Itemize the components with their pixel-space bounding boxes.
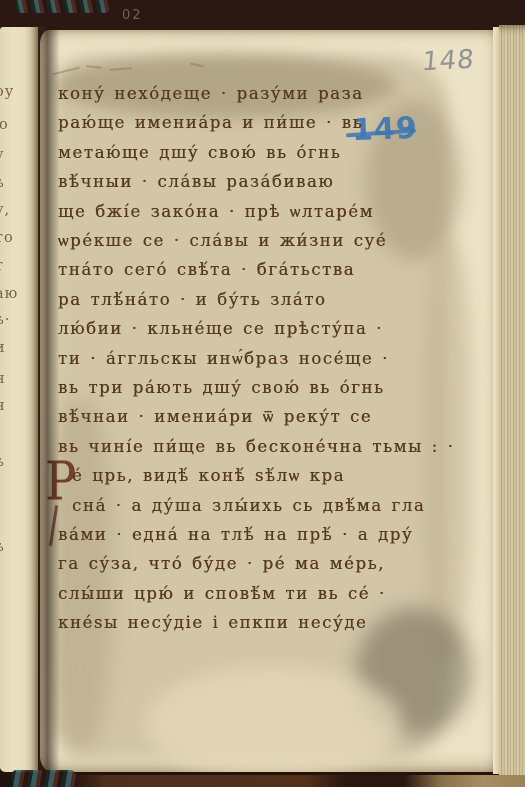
facing-text-fragment: ѣ: [0, 454, 17, 470]
facing-text-fragment: ѣ·: [0, 312, 17, 328]
facing-text-fragment: н: [0, 398, 17, 414]
facing-text-fragment: и: [0, 340, 17, 356]
manuscript-line: сна́ · а ду́ша злы́ихь сь двѣ́ма гла: [72, 496, 425, 515]
manuscript-line: ще бжі́е зако́на · прѣ ѡлтаре́м: [58, 202, 374, 222]
book-board-bottom: [0, 775, 525, 787]
faint-pen-scribble: [110, 67, 132, 71]
manuscript-line: вь три ра́ють дшу́ свою́ вь о́гнь: [58, 378, 385, 397]
faint-pen-scribble: [52, 67, 80, 76]
facing-text-fragment: н: [0, 371, 17, 387]
facing-text-fragment: то: [0, 230, 17, 246]
manuscript-line: вѣ́чныи · сла́вы раза́биваю: [58, 172, 334, 191]
manuscript-line: ти · а́ггльскы инѡ́браз носе́ще ·: [58, 349, 389, 369]
page-edge-highlight: [493, 27, 499, 774]
facing-text-fragment: ю: [0, 117, 17, 133]
manuscript-photo: оу ю у ѣ у, то т аю ѣ· и н н · ѣ , ѣ 148…: [0, 0, 525, 787]
manuscript-line: вь чині́е пи́ще вь бесконе́чна тьмы : ·: [58, 437, 454, 456]
manuscript-line: га су́за, что́ бу́де · ре́ ма ме́рь,: [58, 554, 385, 573]
manuscript-line: ѡре́кше се · сла́вы и жи́зни суе́: [58, 231, 387, 251]
manuscript-line: е́ црь, видѣ́ конѣ́ ѕѣ́лѡ кра: [72, 466, 345, 486]
manuscript-line: кне́ѕы несу́діе і епкпи несу́де: [58, 613, 367, 632]
faint-pencil-mark: 02: [122, 8, 143, 23]
facing-text-fragment: у: [0, 147, 17, 163]
manuscript-line: раю́ще имениа́ра и пи́ше · вь: [58, 113, 363, 132]
facing-text-fragment: ѣ: [0, 175, 17, 191]
parchment-stain: [356, 608, 472, 736]
spine-headband: [16, 0, 110, 13]
facing-text-fragment: у,: [0, 202, 17, 218]
facing-text-fragment: оу: [0, 84, 17, 100]
facing-text-fragment: т: [0, 258, 17, 274]
pencil-folio-number: 148: [421, 45, 476, 78]
manuscript-line: метаю́ще дшу́ свою́ вь о́гнь: [58, 143, 341, 162]
parchment-stain: [146, 666, 402, 772]
spine-tailband: [12, 770, 76, 787]
manuscript-line: вѣ́чнаи · имениа́ри ѿ реку́т се: [58, 407, 372, 427]
manuscript-line: слы́ши црю́ и сповѣ́м ти вь се́ ·: [58, 584, 386, 603]
manuscript-line: ва́ми · една́ на тлѣ́ на прѣ́ · а дру́: [58, 525, 413, 544]
manuscript-line: тна́то сего́ свѣ́та · бга́тьства: [58, 260, 355, 279]
facing-text-fragment: ѣ: [0, 539, 17, 555]
facing-text-fragment: аю: [0, 286, 17, 302]
manuscript-page: 148 149 Р кону́ нехо́деще · разу́ми раза…: [40, 30, 497, 772]
facing-text-fragment: ,: [0, 484, 17, 500]
manuscript-line: ра тлѣ́на́то · и бу́ть зла́то: [58, 290, 326, 309]
fore-edge-page-stack: [499, 25, 525, 787]
faint-pen-scribble: [190, 63, 204, 68]
manuscript-line: кону́ нехо́деще · разу́ми раза: [58, 84, 364, 103]
manuscript-line: лю́бии · кльне́ще се прѣсту́па ·: [58, 319, 383, 338]
facing-page-edge: оу ю у ѣ у, то т аю ѣ· и н н · ѣ , ѣ: [0, 27, 38, 772]
faint-pen-scribble: [86, 65, 102, 69]
facing-text-fragment: ·: [0, 427, 17, 443]
